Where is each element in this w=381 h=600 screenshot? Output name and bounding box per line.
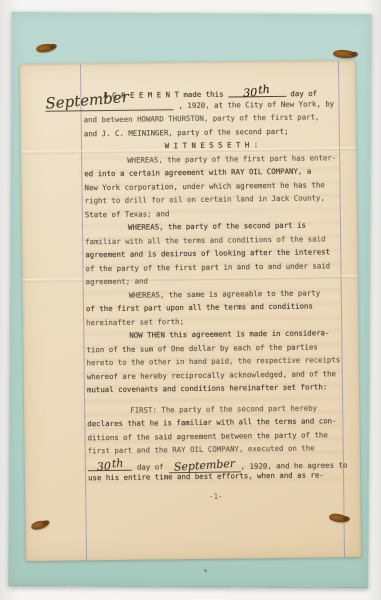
page-number: -1- [88, 488, 343, 505]
day-fill-blank: 30th [88, 457, 132, 471]
month-fill-blank [46, 109, 174, 112]
opening-text: , 1920, at the City of New York, by [178, 99, 334, 110]
speck [204, 569, 207, 572]
day-fill-blank: 30th [228, 84, 286, 98]
handwritten-month: September [45, 90, 129, 110]
photo-background: A G R E E M E N T made this 30th day of … [0, 0, 381, 600]
doc-line: use his entire time and best efforts, wh… [88, 468, 343, 485]
document-page: A G R E E M E N T made this 30th day of … [20, 60, 361, 561]
handwritten-day-suffix: th [258, 84, 270, 97]
doc-line: mutual covenants and conditions hereinaf… [87, 380, 342, 397]
handwritten-day-suffix: th [111, 457, 123, 470]
typed-text-block: A G R E E M E N T made this 30th day of … [83, 83, 343, 504]
